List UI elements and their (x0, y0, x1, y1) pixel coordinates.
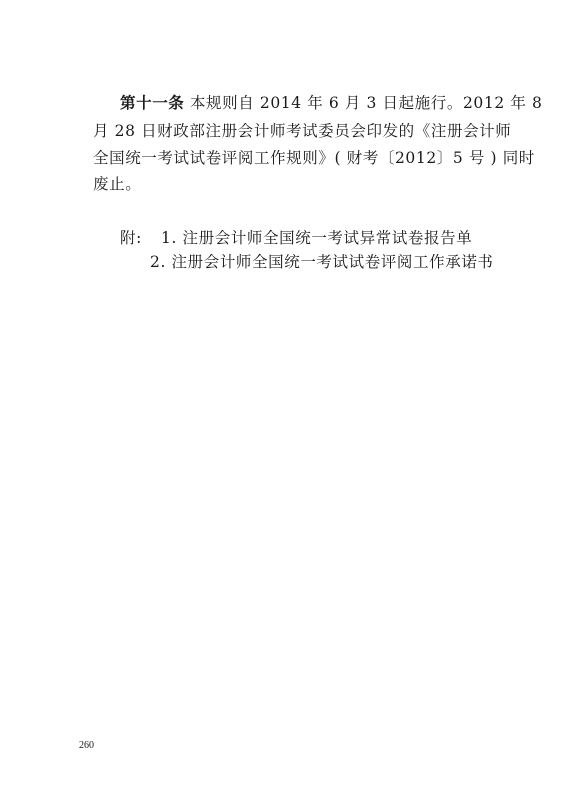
attachment-number: 2. (150, 253, 166, 271)
attachments-label: 附: (120, 229, 142, 247)
article-line-2: 月 28 日财政部注册会计师考试委员会印发的《注册会计师 (93, 121, 511, 141)
page-number: 260 (79, 740, 94, 751)
attachment-title: 注册会计师全国统一考试试卷评阅工作承诺书 (172, 253, 494, 271)
attachment-item-1: 附: 1. 注册会计师全国统一考试异常试卷报告单 (120, 228, 472, 248)
attachment-title: 注册会计师全国统一考试异常试卷报告单 (183, 229, 473, 247)
article-line-1: 第十一条 本规则自 2014 年 6 月 3 日起施行。2012 年 8 (120, 93, 542, 113)
article-text: 本规则自 2014 年 6 月 3 日起施行。2012 年 8 (190, 94, 543, 112)
attachment-number: 1. (161, 229, 177, 247)
document-page: 第十一条 本规则自 2014 年 6 月 3 日起施行。2012 年 8 月 2… (0, 0, 566, 800)
article-line-4: 废止。 (93, 174, 141, 194)
article-heading: 第十一条 (120, 93, 184, 112)
attachment-item-2: 2. 注册会计师全国统一考试试卷评阅工作承诺书 (150, 252, 494, 272)
article-line-3: 全国统一考试试卷评阅工作规则》( 财考〔2012〕5 号 ) 同时 (93, 148, 535, 168)
